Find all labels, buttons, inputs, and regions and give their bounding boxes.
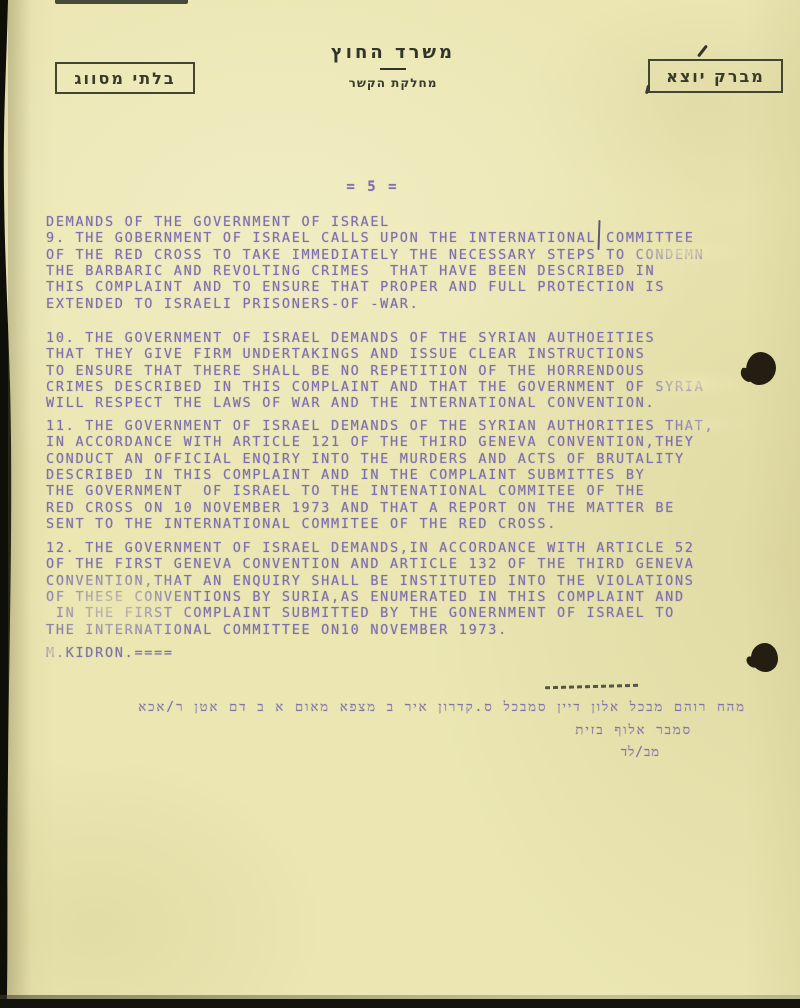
text-line: IN ACCORDANCE WITH ARTICLE 121 OF THE TH…: [46, 434, 714, 450]
paragraph: 11. THE GOVERNMENT OF ISRAEL DEMANDS OF …: [46, 418, 714, 532]
text-line: CONDUCT AN OFFICIAL ENQIRY INTO THE MURD…: [46, 451, 714, 467]
signature: M.KIDRON.====: [46, 645, 174, 661]
paragraph: 12. THE GOVERNMENT OF ISRAEL DEMANDS,IN …: [46, 540, 695, 638]
text-line: DESCRIBED IN THIS COMPLAINT AND IN THE C…: [46, 467, 714, 483]
outgoing-telegram-stamp: מברק יוצא: [648, 59, 783, 93]
ink-blob-bottom: [751, 643, 778, 672]
text-line: THIS COMPLAINT AND TO ENSURE THAT PROPER…: [46, 279, 704, 295]
text-line: 11. THE GOVERNMENT OF ISRAEL DEMANDS OF …: [46, 418, 714, 434]
ink-blob-top: [746, 352, 776, 385]
text-line: EXTENDED TO ISRAELI PRISONERS-OF -WAR.: [46, 296, 704, 312]
text-line: TO ENSURE THAT THERE SHALL BE NO REPETIT…: [46, 363, 704, 379]
text-line: 10. THE GOVERNMENT OF ISRAEL DEMANDS OF …: [46, 330, 704, 346]
text-line: THE INTERNATIONAL COMMITTEE ON10 NOVEMBE…: [46, 622, 695, 638]
text-line: CONVENTION,THAT AN ENQUIRY SHALL BE INST…: [46, 573, 695, 589]
text-line: 9. THE GOBERNMENT OF ISRAEL CALLS UPON T…: [46, 230, 704, 246]
scan-edge-bottom: [0, 999, 800, 1008]
text-line: CRIMES DESCRIBED IN THIS COMPLAINT AND T…: [46, 379, 704, 395]
page-number: = 5 =: [300, 179, 445, 195]
text-line: RED CROSS ON 10 NOVEMBER 1973 AND THAT A…: [46, 500, 714, 516]
paragraph: 10. THE GOVERNMENT OF ISRAEL DEMANDS OF …: [46, 330, 704, 412]
handwritten-dashes: [545, 684, 641, 690]
footer-distribution-line: סמבר אלוף בזית: [575, 722, 692, 738]
scanned-telegram-page: משרד החוץ מחלקת הקשר בלתי מסווג מברק יוצ…: [0, 0, 800, 1008]
text-line: OF THESE CONVENTIONS BY SURIA,AS ENUMERA…: [46, 589, 695, 605]
classification-stamp: בלתי מסווג: [55, 62, 195, 94]
text-line: IN THE FIRST COMPLAINT SUBMITTED BY THE …: [46, 605, 695, 621]
scan-edge-left: [0, 0, 16, 1008]
text-line: OF THE FIRST GENEVA CONVENTION AND ARTIC…: [46, 556, 695, 572]
text-line: THAT THEY GIVE FIRM UNDERTAKINGS AND ISS…: [46, 346, 704, 362]
footer-routing-line: מהח רוהם מבכל אלון דיין סמבכל ס.קדרון אי…: [138, 699, 746, 715]
paragraph: DEMANDS OF THE GOVERNMENT OF ISRAEL9. TH…: [46, 214, 704, 312]
text-line: OF THE RED CROSS TO TAKE IMMEDIATELY THE…: [46, 247, 704, 263]
scan-edge-top: [55, 0, 188, 4]
text-line: DEMANDS OF THE GOVERNMENT OF ISRAEL: [46, 214, 704, 230]
footer-reference: מב/לד: [621, 744, 660, 760]
text-line: WILL RESPECT THE LAWS OF WAR AND THE INT…: [46, 395, 704, 411]
text-line: THE BARBARIC AND REVOLTING CRIMES THAT H…: [46, 263, 704, 279]
title-underline: [380, 68, 406, 70]
text-line: THE GOVERNMENT OF ISRAEL TO THE INTENATI…: [46, 483, 714, 499]
text-line: SENT TO THE INTERNATIONAL COMMITEE OF TH…: [46, 516, 714, 532]
text-line: 12. THE GOVERNMENT OF ISRAEL DEMANDS,IN …: [46, 540, 695, 556]
